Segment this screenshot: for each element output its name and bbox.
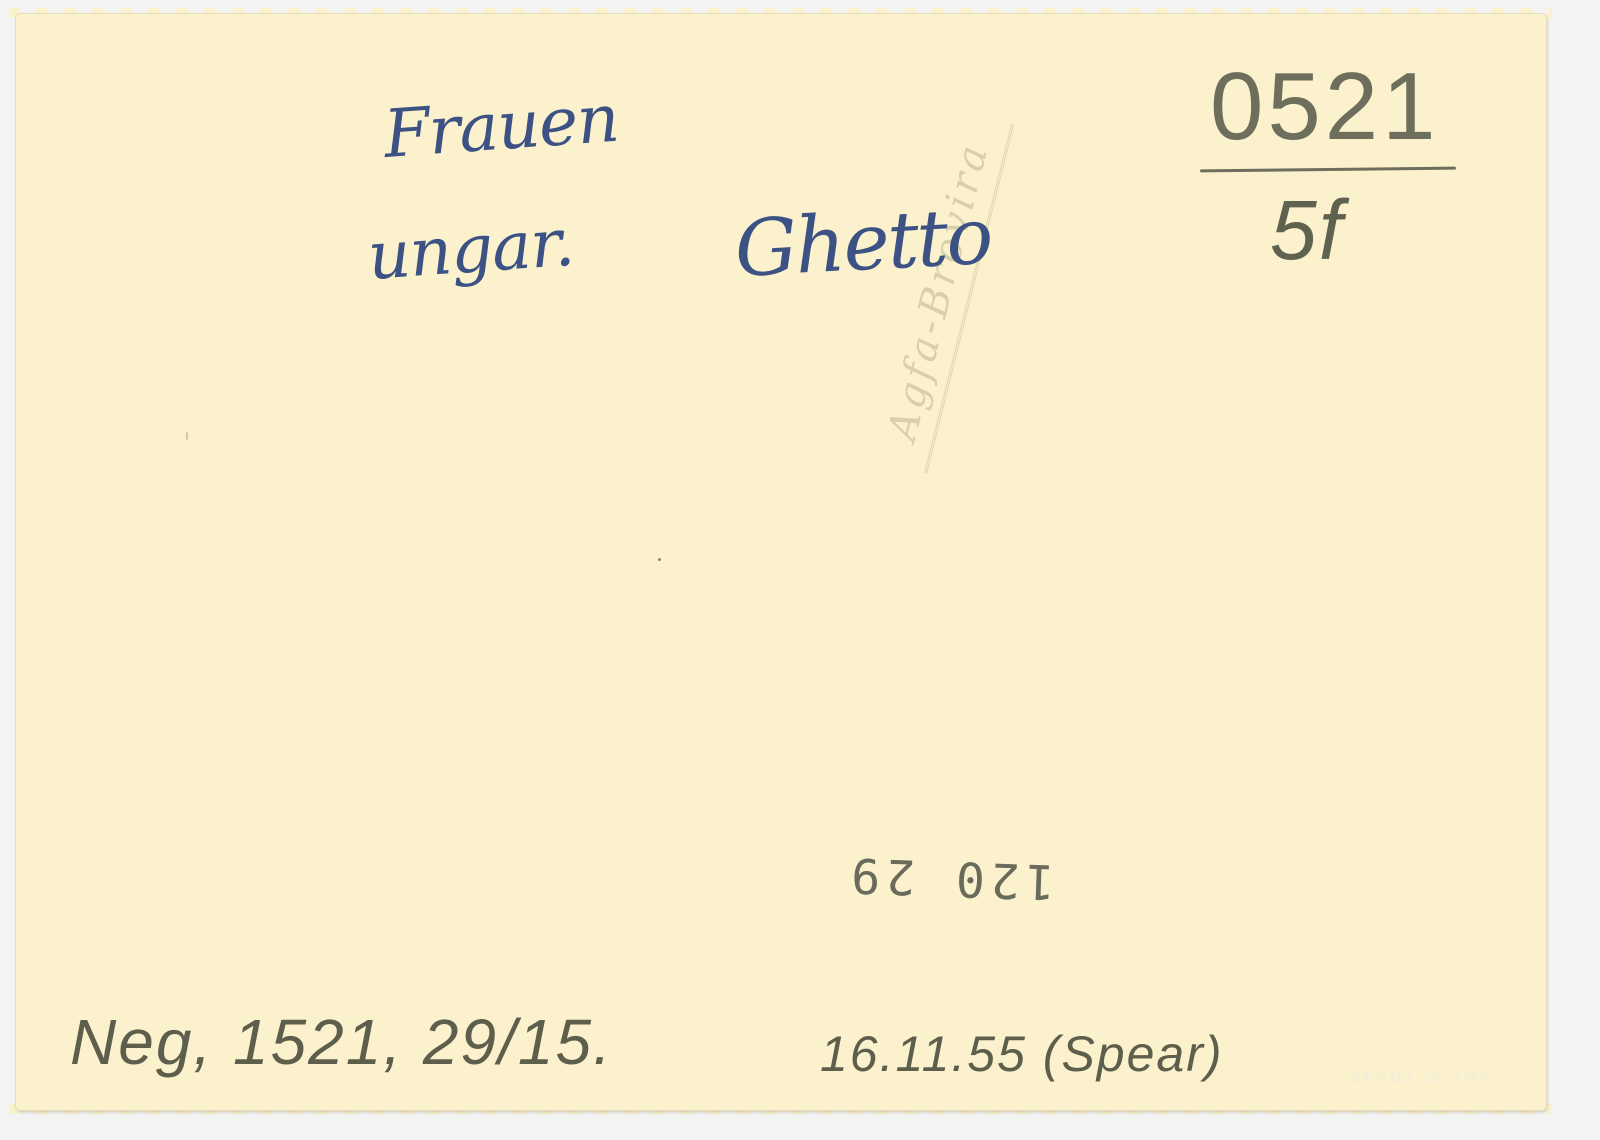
- inventory-number: 0521: [1210, 52, 1440, 162]
- negative-reference-note: Neg, 1521, 29/15.: [70, 1005, 613, 1079]
- paper-mark: [186, 432, 188, 440]
- corner-watermark: ZNHNS IS ZMN: [1350, 1072, 1494, 1087]
- upside-down-stamp: 120 29: [829, 844, 1071, 912]
- ink-caption-line1: Frauen: [381, 80, 621, 173]
- inventory-subnumber: 5f: [1270, 182, 1344, 279]
- ink-caption-line2-word2: Ghetto: [733, 192, 994, 295]
- ink-caption-line2-word1: ungar.: [365, 204, 576, 295]
- paper-speck: [658, 558, 661, 561]
- date-note: 16.11.55 (Spear): [820, 1025, 1224, 1083]
- photo-card-back: [16, 14, 1546, 1110]
